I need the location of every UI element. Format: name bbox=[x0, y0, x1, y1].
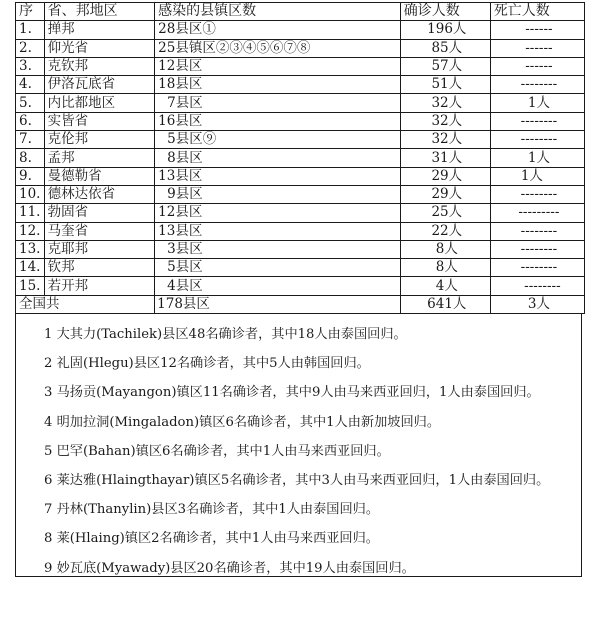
row-deaths: -------- bbox=[490, 76, 584, 94]
row-districts: 16县区 bbox=[155, 112, 401, 130]
row-seq: 2. bbox=[16, 39, 45, 57]
row-deaths: 1人 bbox=[490, 149, 584, 167]
row-region: 德林达依省 bbox=[44, 185, 155, 203]
row-confirmed: 4人 bbox=[400, 277, 490, 295]
header-seq: 序 bbox=[16, 3, 45, 21]
covid-cases-document: 序 省、邦地区 感染的县镇区数 确诊人数 死亡人数 1. 掸邦 28县区① 19… bbox=[15, 2, 585, 577]
row-deaths: -------- bbox=[490, 277, 584, 295]
table-row: 10. 德林达依省 9县区 29人 -------- bbox=[16, 185, 585, 203]
row-districts: 3县区 bbox=[155, 240, 401, 258]
footnote-3: 3 马扬贡(Mayangon)镇区11名确诊者，其中9人由马来西亚回归，1人由泰… bbox=[44, 378, 581, 407]
row-region: 实皆省 bbox=[44, 112, 155, 130]
row-seq: 10. bbox=[16, 185, 45, 203]
table-row: 13. 克耶邦 3县区 8人 -------- bbox=[16, 240, 585, 258]
row-districts: 13县区 bbox=[155, 167, 401, 185]
row-seq: 1. bbox=[16, 21, 45, 39]
table-row: 7. 克伦邦 5县区⑨ 32人 -------- bbox=[16, 131, 585, 149]
row-districts: 28县区① bbox=[155, 21, 401, 39]
row-seq: 7. bbox=[16, 131, 45, 149]
table-header-row: 序 省、邦地区 感染的县镇区数 确诊人数 死亡人数 bbox=[16, 3, 585, 21]
row-deaths: -------- bbox=[490, 222, 584, 240]
row-region: 仰光省 bbox=[44, 39, 155, 57]
row-seq: 8. bbox=[16, 149, 45, 167]
row-confirmed: 32人 bbox=[400, 112, 490, 130]
row-deaths: 1人 bbox=[490, 167, 584, 185]
row-seq: 3. bbox=[16, 57, 45, 75]
row-region: 克伦邦 bbox=[44, 131, 155, 149]
footnote-9: 9 妙瓦底(Myawady)县区20名确诊者，其中19人由泰国回归。 bbox=[44, 554, 581, 583]
row-districts: 5县区⑨ bbox=[155, 131, 401, 149]
table-row: 4. 伊洛瓦底省 18县区 51人 -------- bbox=[16, 76, 585, 94]
row-districts: 25县镇区②③④⑤⑥⑦⑧ bbox=[155, 39, 401, 57]
row-deaths: ------ bbox=[490, 21, 584, 39]
footnote-1: 1 大其力(Tachilek)县区48名确诊者，其中18人由泰国回归。 bbox=[44, 320, 581, 349]
row-deaths: --------- bbox=[490, 204, 584, 222]
row-confirmed: 32人 bbox=[400, 131, 490, 149]
footnote-2: 2 礼固(Hlegu)县区12名确诊者，其中5人由韩国回归。 bbox=[44, 349, 581, 378]
row-confirmed: 32人 bbox=[400, 94, 490, 112]
row-districts: 12县区 bbox=[155, 57, 401, 75]
row-region: 孟邦 bbox=[44, 149, 155, 167]
row-region: 克耶邦 bbox=[44, 240, 155, 258]
row-region: 曼德勒省 bbox=[44, 167, 155, 185]
table-row: 2. 仰光省 25县镇区②③④⑤⑥⑦⑧ 85人 ------ bbox=[16, 39, 585, 57]
row-districts: 7县区 bbox=[155, 94, 401, 112]
row-seq: 12. bbox=[16, 222, 45, 240]
table-row: 8. 孟邦 8县区 31人 1人 bbox=[16, 149, 585, 167]
total-confirmed: 641人 bbox=[400, 295, 490, 313]
table-row: 12. 马奎省 13县区 22人 -------- bbox=[16, 222, 585, 240]
row-region: 伊洛瓦底省 bbox=[44, 76, 155, 94]
total-label: 全国共 bbox=[16, 295, 155, 313]
row-region: 钦邦 bbox=[44, 259, 155, 277]
row-seq: 14. bbox=[16, 259, 45, 277]
table-row: 14. 钦邦 5县区 8人 -------- bbox=[16, 259, 585, 277]
table-row: 3. 克钦邦 12县区 57人 ------ bbox=[16, 57, 585, 75]
row-region: 勃固省 bbox=[44, 204, 155, 222]
table-total-row: 全国共 178县区 641人 3人 bbox=[16, 295, 585, 313]
header-districts: 感染的县镇区数 bbox=[155, 3, 401, 21]
row-seq: 6. bbox=[16, 112, 45, 130]
footnotes-box: 1 大其力(Tachilek)县区48名确诊者，其中18人由泰国回归。 2 礼固… bbox=[15, 314, 582, 577]
row-confirmed: 29人 bbox=[400, 185, 490, 203]
table-row: 11. 勃固省 12县区 25人 --------- bbox=[16, 204, 585, 222]
row-seq: 5. bbox=[16, 94, 45, 112]
row-confirmed: 25人 bbox=[400, 204, 490, 222]
table-row: 5. 内比都地区 7县区 32人 1人 bbox=[16, 94, 585, 112]
header-deaths: 死亡人数 bbox=[490, 3, 584, 21]
table-row: 9. 曼德勒省 13县区 29人 1人 bbox=[16, 167, 585, 185]
footnote-4: 4 明加拉洞(Mingaladon)镇区6名确诊者，其中1人由新加坡回归。 bbox=[44, 408, 581, 437]
row-confirmed: 57人 bbox=[400, 57, 490, 75]
row-deaths: -------- bbox=[490, 259, 584, 277]
row-confirmed: 22人 bbox=[400, 222, 490, 240]
row-deaths: -------- bbox=[490, 131, 584, 149]
row-region: 克钦邦 bbox=[44, 57, 155, 75]
row-region: 内比都地区 bbox=[44, 94, 155, 112]
row-confirmed: 31人 bbox=[400, 149, 490, 167]
row-districts: 13县区 bbox=[155, 222, 401, 240]
cases-by-region-table: 序 省、邦地区 感染的县镇区数 确诊人数 死亡人数 1. 掸邦 28县区① 19… bbox=[15, 2, 585, 314]
row-deaths: 1人 bbox=[490, 94, 584, 112]
row-seq: 15. bbox=[16, 277, 45, 295]
total-deaths: 3人 bbox=[490, 295, 584, 313]
table-row: 6. 实皆省 16县区 32人 -------- bbox=[16, 112, 585, 130]
row-deaths: -------- bbox=[490, 240, 584, 258]
row-deaths: ------ bbox=[490, 39, 584, 57]
row-confirmed: 8人 bbox=[400, 240, 490, 258]
row-districts: 9县区 bbox=[155, 185, 401, 203]
footnote-5: 5 巴罕(Bahan)镇区6名确诊者，其中1人由马来西亚回归。 bbox=[44, 437, 581, 466]
row-confirmed: 29人 bbox=[400, 167, 490, 185]
row-confirmed: 8人 bbox=[400, 259, 490, 277]
total-districts: 178县区 bbox=[155, 295, 401, 313]
table-row: 1. 掸邦 28县区① 196人 ------ bbox=[16, 21, 585, 39]
footnote-6: 6 莱达雅(Hlaingthayar)镇区5名确诊者，其中3人由马来西亚回归，1… bbox=[44, 466, 581, 495]
row-districts: 18县区 bbox=[155, 76, 401, 94]
row-deaths: -------- bbox=[490, 112, 584, 130]
row-districts: 5县区 bbox=[155, 259, 401, 277]
header-region: 省、邦地区 bbox=[44, 3, 155, 21]
row-region: 若开邦 bbox=[44, 277, 155, 295]
row-seq: 13. bbox=[16, 240, 45, 258]
row-deaths: -------- bbox=[490, 185, 584, 203]
row-seq: 9. bbox=[16, 167, 45, 185]
row-confirmed: 85人 bbox=[400, 39, 490, 57]
header-confirmed: 确诊人数 bbox=[400, 3, 490, 21]
table-row: 15. 若开邦 4县区 4人 -------- bbox=[16, 277, 585, 295]
footnote-8: 8 莱(Hlaing)镇区2名确诊者，其中1人由马来西亚回归。 bbox=[44, 524, 581, 553]
row-districts: 8县区 bbox=[155, 149, 401, 167]
row-confirmed: 196人 bbox=[400, 21, 490, 39]
row-districts: 12县区 bbox=[155, 204, 401, 222]
row-confirmed: 51人 bbox=[400, 76, 490, 94]
row-seq: 11. bbox=[16, 204, 45, 222]
row-region: 马奎省 bbox=[44, 222, 155, 240]
row-districts: 4县区 bbox=[155, 277, 401, 295]
row-deaths: ------ bbox=[490, 57, 584, 75]
footnote-7: 7 丹林(Thanylin)县区3名确诊者，其中1人由泰国回归。 bbox=[44, 495, 581, 524]
row-region: 掸邦 bbox=[44, 21, 155, 39]
row-seq: 4. bbox=[16, 76, 45, 94]
